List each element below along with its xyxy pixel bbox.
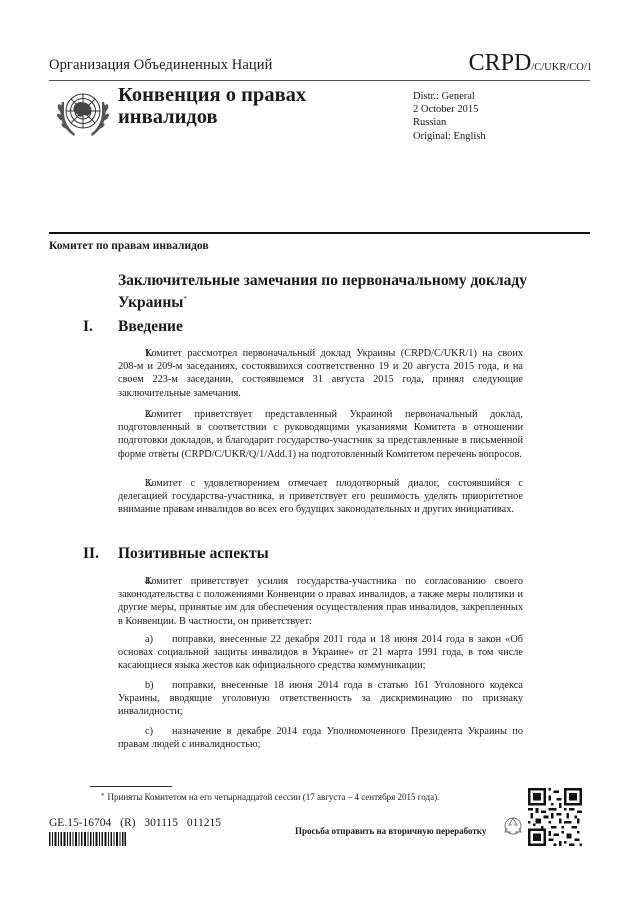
distribution-date: 2 October 2015 (413, 103, 486, 116)
symbol-sub: /C/UKR/CO/1 (531, 62, 592, 73)
paragraph-text: Комитет с удовлетворением отмечает плодо… (118, 478, 523, 515)
recycle-icon (503, 815, 523, 837)
subparagraph-text: поправки, внесенные 18 июня 2014 года в … (118, 680, 523, 717)
footnote-marker: * (101, 792, 105, 800)
treaty-body-title-line2: инвалидов (118, 106, 306, 128)
subparagraph-letter: c) (145, 725, 172, 738)
treaty-body-title-line1: Конвенция о правах (118, 84, 306, 106)
footnote-rule (90, 786, 172, 787)
subparagraph: b)поправки, внесенные 18 июня 2014 года … (118, 679, 523, 719)
footnote-marker: * (183, 295, 187, 303)
paragraph: 1.Комитет рассмотрел первоначальный докл… (118, 347, 523, 400)
subparagraph-text: назначение в декабре 2014 года Уполномоч… (118, 726, 523, 750)
subparagraph: c)назначение в декабре 2014 года Уполном… (118, 725, 523, 751)
section-title: Введение (118, 318, 183, 335)
paragraph-text: Комитет приветствует представленный Укра… (118, 409, 523, 460)
distribution-original: Original: English (413, 130, 486, 143)
document-title-text: Заключительные замечания по первоначальн… (118, 272, 527, 311)
paragraph-number: 4. (118, 575, 145, 588)
header-rule (49, 80, 590, 81)
qr-code-icon (528, 788, 582, 846)
job-number-line: GE.15-16704 (R) 301115 011215 (49, 817, 221, 829)
section-heading: II.Позитивные аспекты (83, 545, 269, 563)
job-date-1: 301115 (144, 817, 178, 829)
paragraph: 3.Комитет с удовлетворением отмечает пло… (118, 477, 523, 517)
un-emblem-icon (54, 84, 112, 144)
symbol-main: CRPD (469, 50, 532, 76)
distribution-line: Distr.: General (413, 90, 486, 103)
distribution-language: Russian (413, 116, 486, 129)
paragraph-number: 1. (118, 347, 145, 360)
document-title: Заключительные замечания по первоначальн… (118, 272, 548, 312)
paragraph-text: Комитет рассмотрел первоначальный доклад… (118, 348, 523, 399)
committee-name: Комитет по правам инвалидов (49, 240, 209, 252)
section-rule (49, 232, 590, 234)
section-heading: I.Введение (83, 318, 183, 336)
subparagraph-letter: b) (145, 679, 172, 692)
subparagraph-letter: a) (145, 633, 172, 646)
paragraph-number: 2. (118, 408, 145, 421)
barcode-icon (49, 832, 126, 846)
recycle-notice: Просьба отправить на вторичную переработ… (295, 826, 486, 836)
paragraph: 4.Комитет приветствует усилия государств… (118, 575, 523, 628)
section-title: Позитивные аспекты (118, 545, 269, 562)
paragraph-text: Комитет приветствует усилия государства-… (118, 576, 523, 627)
treaty-body-title: Конвенция о правах инвалидов (118, 84, 306, 128)
paragraph-number: 3. (118, 477, 145, 490)
subparagraph-text: поправки, внесенные 22 декабря 2011 года… (118, 634, 523, 671)
job-date-2: 011215 (187, 817, 221, 829)
organization-name: Организация Объединенных Наций (49, 57, 273, 74)
job-number: GE.15-16704 (R) (49, 817, 136, 829)
distribution-block: Distr.: General 2 October 2015 Russian O… (413, 90, 486, 143)
footnote-text: Приняты Комитетом на его четырнадцатой с… (108, 792, 440, 802)
paragraph: 2.Комитет приветствует представленный Ук… (118, 408, 523, 461)
footnote: *Приняты Комитетом на его четырнадцатой … (101, 792, 439, 802)
subparagraph: a)поправки, внесенные 22 декабря 2011 го… (118, 633, 523, 673)
document-symbol: CRPD/C/UKR/CO/1 (469, 50, 592, 77)
section-number: II. (83, 545, 118, 563)
section-number: I. (83, 318, 118, 336)
